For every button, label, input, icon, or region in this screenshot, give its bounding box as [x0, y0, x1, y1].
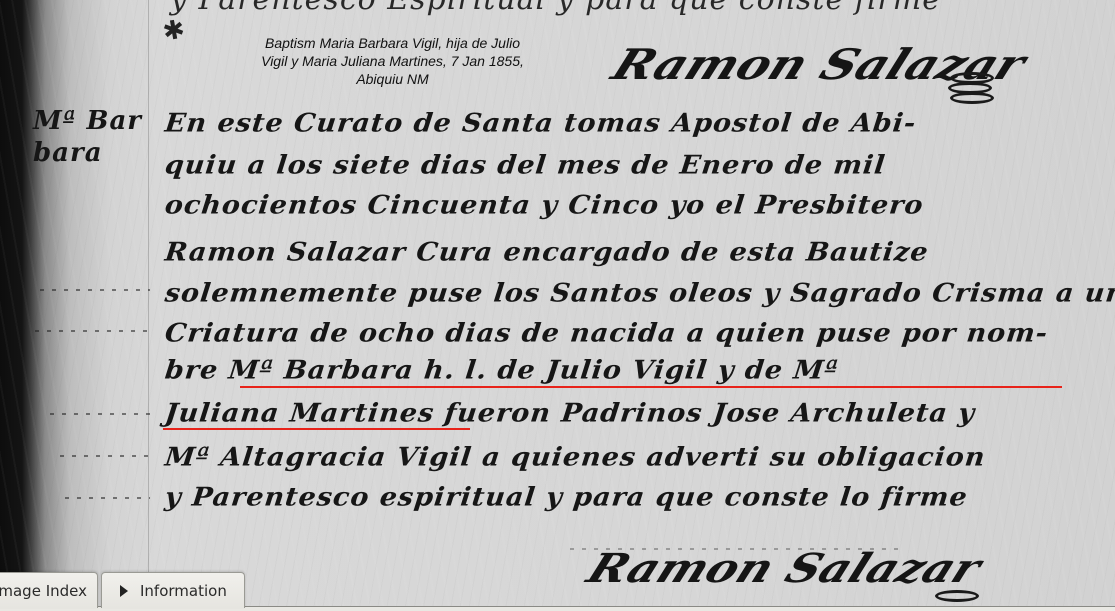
- highlight-underline-child-name: [240, 386, 1062, 388]
- record-line: y Parentesco espiritual y para que const…: [163, 483, 969, 512]
- tab-image-index[interactable]: mage Index: [0, 572, 98, 608]
- margin-note-line-2: bara: [33, 138, 103, 168]
- margin-bleed-marks: [60, 455, 150, 457]
- triangle-right-icon: [120, 585, 128, 597]
- record-line: bre Mª Barbara h. l. de Julio Vigil y de…: [163, 356, 840, 385]
- tab-information[interactable]: Information: [101, 572, 245, 608]
- margin-bleed-marks: [50, 413, 150, 415]
- ink-mark-icon: ✱: [161, 14, 188, 47]
- document-image-viewer[interactable]: y Parentesco Espiritual y para que const…: [0, 0, 1115, 611]
- previous-entry-fragment: y Parentesco Espiritual y para que const…: [170, 0, 941, 17]
- record-line: quiu a los siete dias del mes de Enero d…: [163, 151, 887, 180]
- image-caption: Baptism Maria Barbara Vigil, hija de Jul…: [250, 34, 535, 88]
- margin-note-line-1: Mª Bar: [33, 106, 142, 136]
- margin-bleed-marks: [35, 330, 150, 332]
- signature-bottom: Ramon Salazar: [581, 545, 988, 592]
- bottom-tab-bar: mage Index Information: [0, 572, 260, 611]
- rubric-flourish: [950, 92, 994, 104]
- record-line: ochocientos Cincuenta y Cinco yo el Pres…: [163, 191, 925, 220]
- rubric-flourish: [935, 590, 979, 602]
- record-line: Criatura de ocho dias de nacida a quien …: [163, 319, 1049, 348]
- tab-information-label: Information: [140, 582, 227, 600]
- margin-bleed-marks: [65, 497, 150, 499]
- margin-rule: [148, 0, 149, 611]
- record-line: En este Curato de Santa tomas Apostol de…: [163, 109, 918, 138]
- record-line: Mª Altagracia Vigil a quienes adverti su…: [163, 443, 987, 472]
- record-line: Ramon Salazar Cura encargado de esta Bau…: [163, 238, 930, 267]
- tab-image-index-label: mage Index: [0, 582, 87, 600]
- highlight-underline-mother-name: [163, 428, 470, 430]
- record-line: solemnemente puse los Santos oleos y Sag…: [163, 279, 1115, 308]
- margin-bleed-marks: [40, 289, 150, 291]
- record-line: Juliana Martines fueron Padrinos Jose Ar…: [163, 399, 976, 428]
